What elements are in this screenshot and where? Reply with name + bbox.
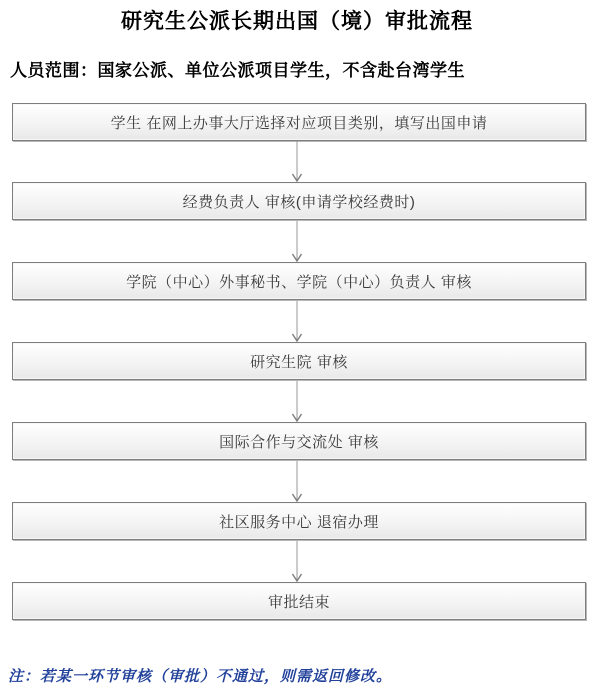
flowchart-page: 研究生公派长期出国（境）审批流程 人员范围：国家公派、单位公派项目学生，不含赴台…	[0, 0, 594, 698]
arrow-down-icon	[291, 301, 303, 342]
scope-note: 人员范围：国家公派、单位公派项目学生，不含赴台湾学生	[10, 56, 465, 81]
flow-step-label: 国际合作与交流处 审核	[219, 431, 379, 452]
flow-step-funding-review: 经费负责人 审核(申请学校经费时)	[12, 182, 586, 220]
flow-step-student-application: 学生 在网上办事大厅选择对应项目类别，填写出国申请	[12, 103, 586, 141]
flow-step-international-office-review: 国际合作与交流处 审核	[12, 422, 586, 460]
flow-step-community-checkout: 社区服务中心 退宿办理	[12, 502, 586, 540]
arrow-down-icon	[291, 141, 303, 182]
flow-step-label: 社区服务中心 退宿办理	[219, 511, 379, 532]
flow-step-graduate-school-review: 研究生院 审核	[12, 342, 586, 380]
page-title: 研究生公派长期出国（境）审批流程	[0, 5, 594, 35]
footer-note: 注：若某一环节审核（审批）不通过，则需返回修改。	[8, 665, 392, 686]
arrow-down-icon	[291, 221, 303, 262]
flow-step-label: 审批结束	[268, 591, 330, 612]
arrow-down-icon	[291, 381, 303, 422]
arrow-down-icon	[291, 461, 303, 502]
flow-step-approval-complete: 审批结束	[12, 582, 586, 620]
flow-step-label: 学生 在网上办事大厅选择对应项目类别，填写出国申请	[111, 112, 488, 133]
flow-step-label: 学院（中心）外事秘书、学院（中心）负责人 审核	[126, 271, 472, 292]
flow-step-label: 经费负责人 审核(申请学校经费时)	[183, 191, 416, 212]
flow-step-school-review: 学院（中心）外事秘书、学院（中心）负责人 审核	[12, 262, 586, 300]
flow-step-label: 研究生院 审核	[250, 351, 348, 372]
arrow-down-icon	[291, 541, 303, 582]
